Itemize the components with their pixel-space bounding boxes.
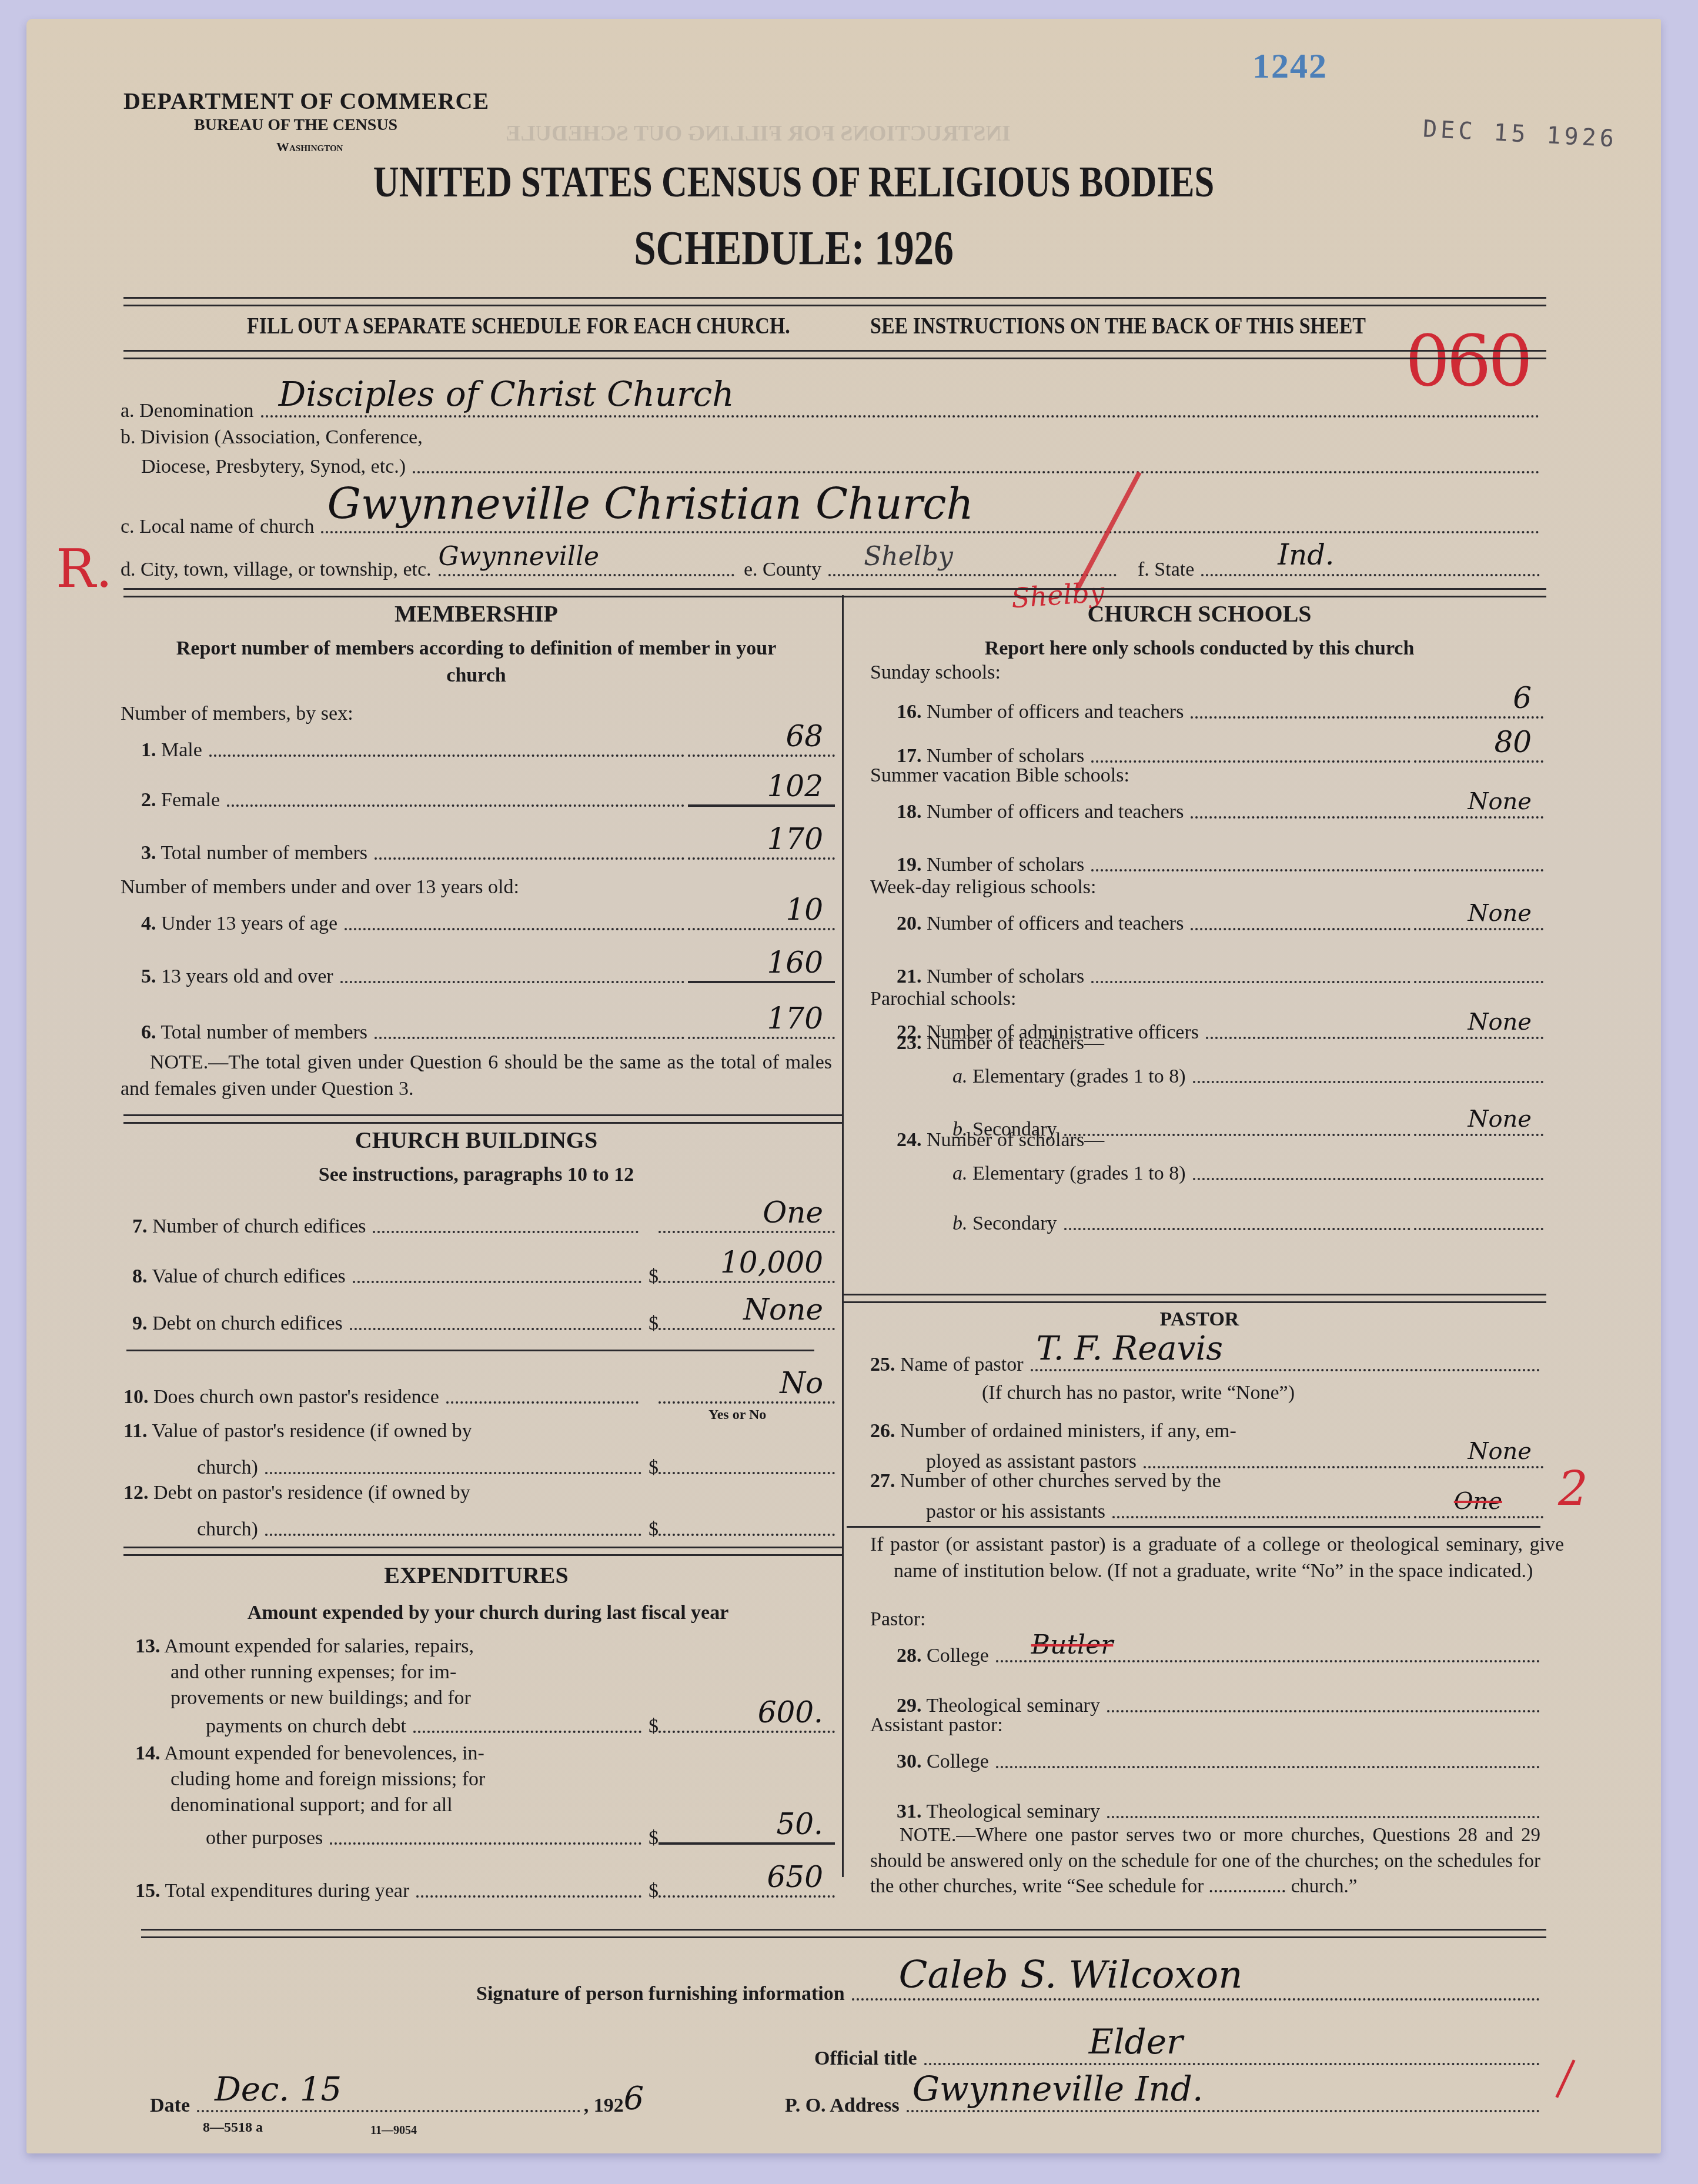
13-and-over-value: 160 [767, 946, 823, 980]
female-value: 102 [767, 769, 823, 803]
pastor-seminary-field[interactable]: 29. Theological seminary [897, 1682, 1543, 1717]
buildings-row-value[interactable]: 8. Value of church edifices $10,000 [132, 1253, 835, 1288]
footer-rule [141, 1929, 1546, 1938]
local-name-label: c. Local name of church [121, 516, 317, 538]
po-address-label: P. O. Address [785, 2095, 903, 2117]
division-field[interactable]: Diocese, Presbytery, Synod, etc.) [141, 444, 1543, 478]
expenditure-row-benevolences[interactable]: other purposes $50. [206, 1814, 835, 1849]
po-address-field[interactable]: P. O. Address Gwynneville Ind. [785, 2070, 1543, 2117]
membership-row-under13[interactable]: 4. Under 13 years of age 10 [141, 900, 835, 935]
signature-value: Caleb S. Wilcoxon [899, 1953, 1243, 1997]
membership-rule [123, 1114, 842, 1124]
instruction-separate-schedule: FILL OUT A SEPARATE SCHEDULE FOR EACH CH… [247, 312, 790, 339]
bureau-label: BUREAU OF THE CENSUS [194, 116, 397, 135]
state-field[interactable]: f. State Ind. [1138, 547, 1543, 581]
total-members-age-value: 170 [767, 1001, 823, 1036]
weekday-schools-label: Week-day religious schools: [870, 876, 1096, 899]
buildings-inner-rule [126, 1350, 814, 1351]
summer-schools-label: Summer vacation Bible schools: [870, 764, 1129, 787]
schools-row-24b[interactable]: b. Secondary [952, 1200, 1543, 1235]
schools-row-18[interactable]: 18. Number of officers and teachers None [897, 788, 1543, 823]
city-field[interactable]: d. City, town, village, or township, etc… [121, 547, 738, 581]
expenditures-subtitle: Amount expended by your church during la… [135, 1599, 841, 1627]
date-label: Date [150, 2095, 193, 2117]
expenditure-row-total[interactable]: 15. Total expenditures during year $650 [135, 1867, 835, 1902]
membership-row-total-age[interactable]: 6. Total number of members 170 [141, 1008, 835, 1044]
schools-row-20[interactable]: 20. Number of officers and teachers None [897, 900, 1543, 935]
buildings-row-residence-debt[interactable]: church) $ [197, 1505, 835, 1541]
benevolences-value: 50. [776, 1807, 823, 1841]
schools-row-24a[interactable]: a. Elementary (grades 1 to 8) [952, 1150, 1543, 1185]
other-churches-red-correction: 2 [1558, 1461, 1588, 1516]
parochial-schools-label: Parochial schools: [870, 988, 1016, 1010]
department-label: DEPARTMENT OF COMMERCE [123, 87, 489, 115]
buildings-row-owns-residence[interactable]: 10. Does church own pastor's residence N… [123, 1373, 835, 1408]
year-suffix: 6 [624, 2080, 644, 2117]
form-title: UNITED STATES CENSUS OF RELIGIOUS BODIES [239, 158, 1348, 208]
pastor-education-label: Pastor: [870, 1608, 925, 1631]
schools-row-16[interactable]: 16. Number of officers and teachers 6 [897, 688, 1543, 723]
membership-row-male[interactable]: 1. Male 68 [141, 726, 835, 762]
denomination-label: a. Denomination [121, 400, 258, 422]
pastor-name-hint: (If church has no pastor, write “None”) [982, 1382, 1295, 1404]
church-schools-title: CHURCH SCHOOLS [853, 600, 1546, 627]
city-label: d. City, town, village, or township, etc… [121, 559, 435, 581]
membership-subtitle: Report number of members according to de… [153, 635, 800, 689]
date-field[interactable]: Date Dec. 15 , 1926 [150, 2070, 644, 2117]
pastor-rule [847, 1526, 1540, 1528]
schools-row-19[interactable]: 19. Number of scholars [897, 841, 1543, 876]
official-title-label: Official title [814, 2048, 921, 2070]
state-label: f. State [1138, 559, 1198, 581]
state-value: Ind. [1278, 539, 1334, 572]
membership-row-female[interactable]: 2. Female 102 [141, 776, 835, 812]
header-rule [123, 297, 1546, 306]
other-churches-field[interactable]: pastor or his assistants One [926, 1488, 1543, 1523]
margin-red-initial: R. [56, 538, 112, 600]
other-churches-value: One [1454, 1488, 1502, 1515]
church-buildings-subtitle: See instructions, paragraphs 10 to 12 [123, 1161, 829, 1188]
membership-row-total[interactable]: 3. Total number of members 170 [141, 829, 835, 864]
sunday-schools-label: Sunday schools: [870, 662, 1001, 684]
membership-note: NOTE.—The total given under Question 6 s… [121, 1050, 832, 1103]
residence-debt-label: 12. Debt on pastor's residence (if owned… [123, 1482, 470, 1504]
membership-row-13-and-over[interactable]: 5. 13 years old and over 160 [141, 953, 835, 988]
expenditures-title: EXPENDITURES [123, 1561, 829, 1589]
owns-residence-value: No [780, 1366, 823, 1400]
buildings-row-residence-value[interactable]: church) $ [197, 1444, 835, 1479]
assistant-pastors-value: None [1468, 1438, 1532, 1465]
schools-row-21[interactable]: 21. Number of scholars [897, 953, 1543, 988]
reverse-side-bleed-title: INSTRUCTIONS FOR FILLING OUT SCHEDULE [506, 121, 1011, 146]
expenditure-row-running[interactable]: payments on church debt $600. [206, 1702, 835, 1738]
schools-row-17[interactable]: 17. Number of scholars 80 [897, 732, 1543, 767]
running-expenses-value: 600. [758, 1695, 823, 1729]
under-13-value: 10 [786, 893, 823, 927]
year-prefix: , 192 [584, 2095, 624, 2117]
expenditure-14-label: 14. Amount expended for benevolences, in… [135, 1741, 485, 1818]
identification-rule [123, 588, 1546, 597]
pastor-title: PASTOR [853, 1308, 1546, 1331]
buildings-rule [123, 1547, 842, 1556]
male-value: 68 [786, 719, 823, 753]
denomination-field[interactable]: a. Denomination Disciples of Christ Chur… [121, 388, 1543, 422]
schools-23-label: 23. Number of teachers— [897, 1032, 1104, 1054]
pastor-note: NOTE.—Where one pastor serves two or mor… [870, 1823, 1540, 1900]
county-field[interactable]: e. County Shelby [744, 547, 1120, 581]
edifices-debt-value: None [743, 1293, 823, 1327]
column-divider [842, 595, 844, 1877]
official-title-field[interactable]: Official title Elder [814, 2023, 1543, 2070]
buildings-row-edifices[interactable]: 7. Number of church edifices One [132, 1203, 835, 1238]
division-label-line2: Diocese, Presbytery, Synod, etc.) [141, 456, 409, 478]
schools-24-label: 24. Number of scholars— [897, 1129, 1104, 1151]
po-address-value: Gwynneville Ind. [912, 2069, 1204, 2109]
signature-field[interactable]: Signature of person furnishing informati… [476, 1958, 1543, 2005]
members-by-age-label: Number of members under and over 13 year… [121, 876, 519, 899]
residence-value-label: 11. Value of pastor's residence (if owne… [123, 1420, 472, 1442]
form-subtitle: SCHEDULE: 1926 [239, 221, 1348, 276]
county-label: e. County [744, 559, 825, 581]
assistant-seminary-field[interactable]: 31. Theological seminary [897, 1788, 1543, 1823]
edifices-count-value: One [763, 1195, 823, 1230]
signature-label: Signature of person furnishing informati… [476, 1983, 848, 2005]
total-expenditures-value: 650 [767, 1860, 823, 1894]
membership-title: MEMBERSHIP [123, 600, 829, 627]
yes-or-no-hint: Yes or No [708, 1407, 766, 1423]
date-value: Dec. 15 [215, 2071, 342, 2109]
schools-rule [844, 1294, 1546, 1303]
file-number-stamp: 1242 [1252, 46, 1328, 86]
washington-label: Washington [276, 139, 343, 155]
edifices-value-value: 10,000 [720, 1245, 823, 1280]
buildings-row-debt[interactable]: 9. Debt on church edifices $None [132, 1300, 835, 1335]
assistant-pastors-field[interactable]: ployed as assistant pastors None [926, 1438, 1543, 1473]
official-title-value: Elder [1089, 2022, 1183, 2062]
form-number: 8—5518 a [203, 2120, 263, 2136]
church-schools-subtitle: Report here only schools conducted by th… [853, 635, 1546, 662]
denomination-value: Disciples of Christ Church [279, 374, 734, 414]
instruction-see-back: SEE INSTRUCTIONS ON THE BACK OF THIS SHE… [870, 312, 1366, 339]
schools-row-23a[interactable]: a. Elementary (grades 1 to 8) [952, 1053, 1543, 1088]
print-number: 11—9054 [370, 2124, 417, 2138]
assistant-college-field[interactable]: 30. College [897, 1738, 1543, 1773]
city-value: Gwynneville [439, 542, 600, 572]
instruction-rule [123, 350, 1546, 359]
pastor-college-value: Butler [1031, 1630, 1114, 1660]
church-buildings-title: CHURCH BUILDINGS [123, 1126, 829, 1154]
members-by-sex-label: Number of members, by sex: [121, 703, 353, 725]
graduate-instruction: If pastor (or assistant pastor) is a gra… [870, 1532, 1564, 1585]
county-value: Shelby [864, 542, 953, 572]
pastor-college-field[interactable]: 28. College Butler [897, 1632, 1543, 1667]
assistant-education-label: Assistant pastor: [870, 1714, 1003, 1736]
pastor-name-value: T. F. Reavis [1037, 1330, 1223, 1368]
pastor-name-field[interactable]: 25. Name of pastor T. F. Reavis [870, 1335, 1543, 1376]
expenditure-13-label: 13. Amount expended for salaries, repair… [135, 1634, 474, 1711]
local-name-field[interactable]: c. Local name of church Gwynneville Chri… [121, 494, 1543, 538]
local-name-value: Gwynneville Christian Church [327, 479, 973, 529]
total-members-value: 170 [767, 822, 823, 856]
